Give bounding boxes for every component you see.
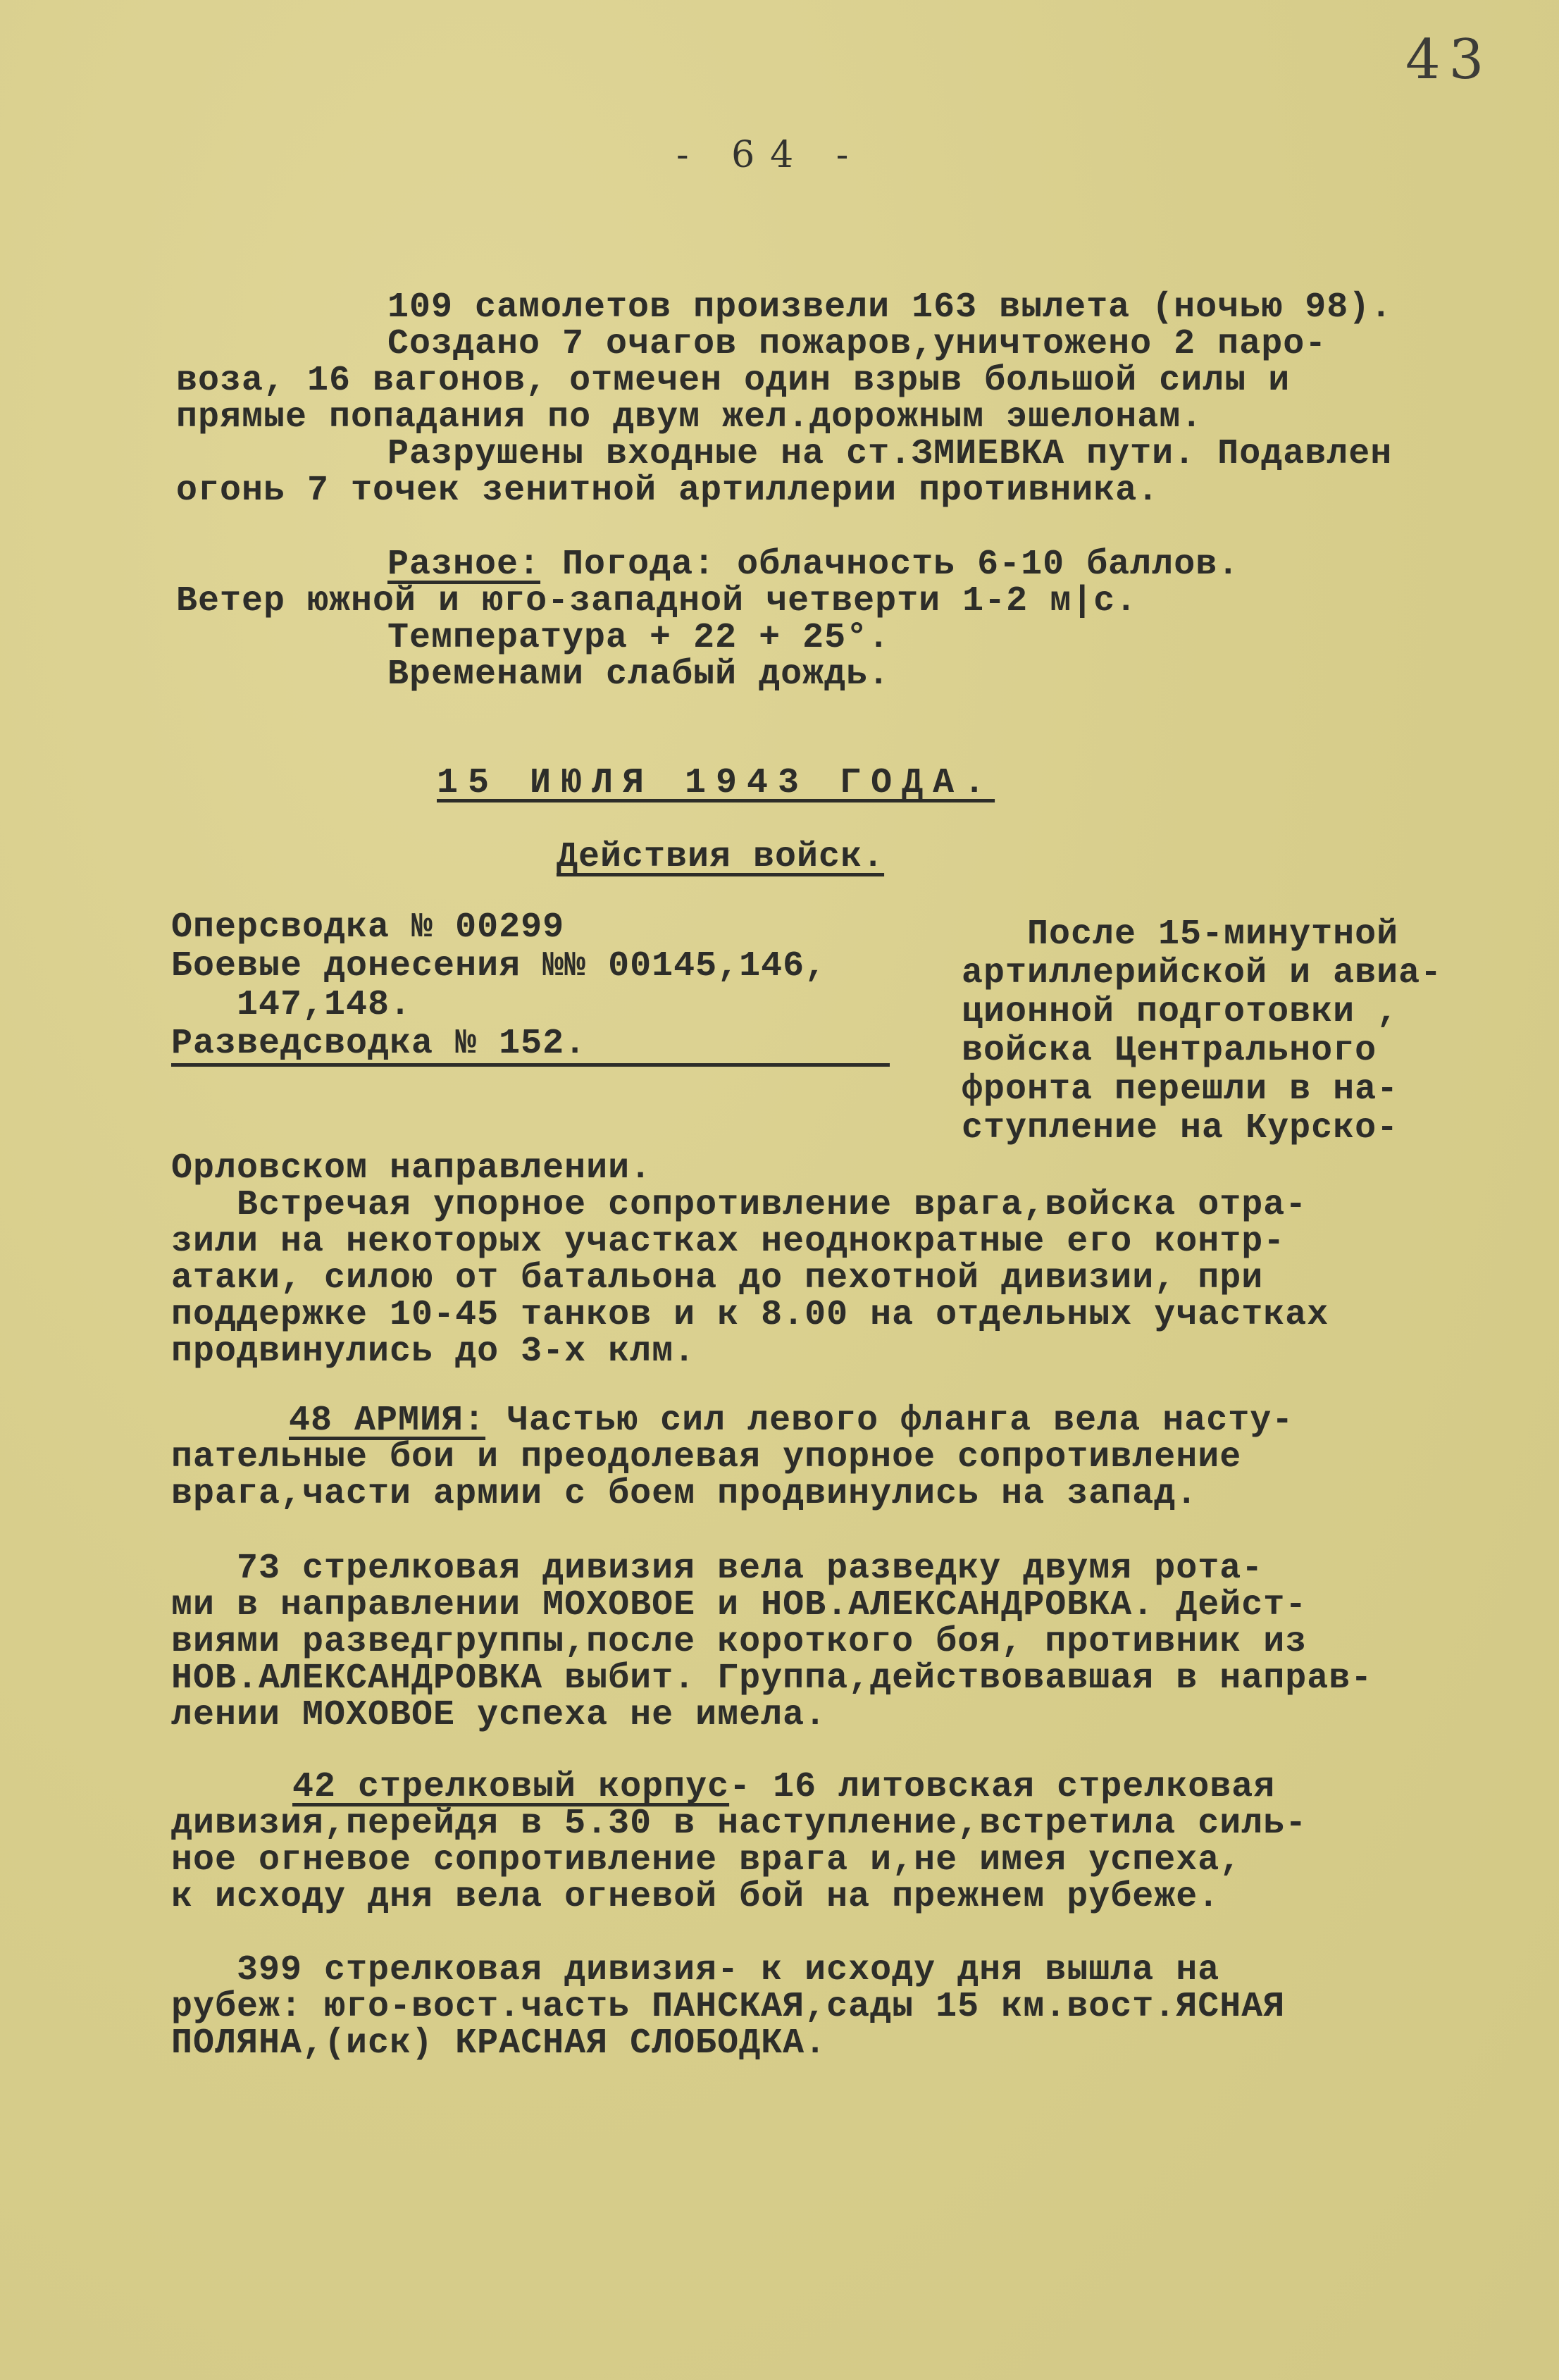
army-48-label: 48 АРМИЯ:	[289, 1401, 485, 1441]
text-line: прямые попадания по двум жел.дорожным эш…	[176, 399, 1203, 437]
text-line: войска Центрального	[962, 1032, 1377, 1070]
source-line: 147,148.	[171, 986, 411, 1024]
text-line: пательные бои и преодолевая упорное сопр…	[171, 1439, 1241, 1477]
text-line: виями разведгруппы,после короткого боя, …	[171, 1623, 1307, 1661]
source-line: Разведсводка № 152.	[171, 1025, 890, 1067]
text-line: Разрушены входные на ст.ЗМИЕВКА пути. По…	[387, 435, 1392, 473]
misc-label: Разное:	[387, 545, 540, 585]
source-line: Оперсводка № 00299	[171, 909, 564, 947]
text-line: к исходу дня вела огневой бой на прежнем…	[171, 1878, 1219, 1916]
text-line: Ветер южной и юго-западной четверти 1-2 …	[176, 583, 1137, 621]
text-line: фронта перешли в на-	[962, 1071, 1398, 1109]
weather-line: Разное: Погода: облачность 6-10 баллов.	[387, 546, 1239, 584]
text-line: продвинулись до 3-х клм.	[171, 1333, 695, 1371]
text-line: атаки, силою от батальона до пехотной ди…	[171, 1260, 1263, 1298]
text-line: 73 стрелковая дивизия вела разведку двум…	[171, 1550, 1263, 1588]
text-line: ционной подготовки ,	[962, 993, 1398, 1031]
text-line: лении МОХОВОЕ успеха не имела.	[171, 1697, 826, 1735]
text-line: дивизия,перейдя в 5.30 в наступление,вст…	[171, 1805, 1307, 1843]
source-line: Боевые донесения №№ 00145,146,	[171, 948, 826, 986]
document-page: 43 - 64 - 109 самолетов произвели 163 вы…	[0, 0, 1559, 2380]
section-heading: Действия войск.	[557, 838, 884, 876]
text-line: 399 стрелковая дивизия- к исходу дня выш…	[171, 1952, 1219, 1990]
text-line: Создано 7 очагов пожаров,уничтожено 2 па…	[387, 326, 1327, 364]
page-number: - 64 -	[676, 134, 864, 176]
text-line: врага,части армии с боем продвинулись на…	[171, 1475, 1198, 1513]
text-line: ное огневое сопротивление врага и,не име…	[171, 1842, 1241, 1880]
text-line: Орловском направлении.	[171, 1150, 652, 1188]
text-line: НОВ.АЛЕКСАНДРОВКА выбит. Группа,действов…	[171, 1660, 1372, 1698]
archive-sheet-number: 43	[1405, 28, 1492, 92]
text-line: Встречая упорное сопротивление врага,вой…	[171, 1186, 1307, 1225]
text-line: Временами слабый дождь.	[387, 656, 890, 694]
text-line: После 15-минутной	[962, 916, 1398, 954]
text-line: рубеж: юго-вост.часть ПАНСКАЯ,сады 15 км…	[171, 1988, 1285, 2026]
text-line: ступление на Курско-	[962, 1110, 1398, 1148]
corps-42-label: 42 стрелковый корпус	[292, 1767, 729, 1807]
text-line: поддержке 10-45 танков и к 8.00 на отдел…	[171, 1296, 1329, 1334]
army-48-line: 48 АРМИЯ: Частью сил левого фланга вела …	[289, 1402, 1293, 1440]
text-line: огонь 7 точек зенитной артиллерии против…	[176, 472, 1159, 510]
text-line: зили на некоторых участках неоднократные…	[171, 1223, 1285, 1261]
text-line: артиллерийской и авиа-	[962, 955, 1442, 993]
text-line: воза, 16 вагонов, отмечен один взрыв бол…	[176, 362, 1290, 400]
text-line: 109 самолетов произвели 163 вылета (ночь…	[387, 289, 1392, 327]
date-heading: 15 ИЮЛЯ 1943 ГОДА.	[437, 764, 995, 802]
text-line: Температура + 22 + 25°.	[387, 619, 890, 657]
text-line: ми в направлении МОХОВОЕ и НОВ.АЛЕКСАНДР…	[171, 1587, 1307, 1625]
corps-42-line: 42 стрелковый корпус- 16 литовская стрел…	[292, 1768, 1275, 1806]
text-line: ПОЛЯНА,(иск) КРАСНАЯ СЛОБОДКА.	[171, 2025, 826, 2063]
